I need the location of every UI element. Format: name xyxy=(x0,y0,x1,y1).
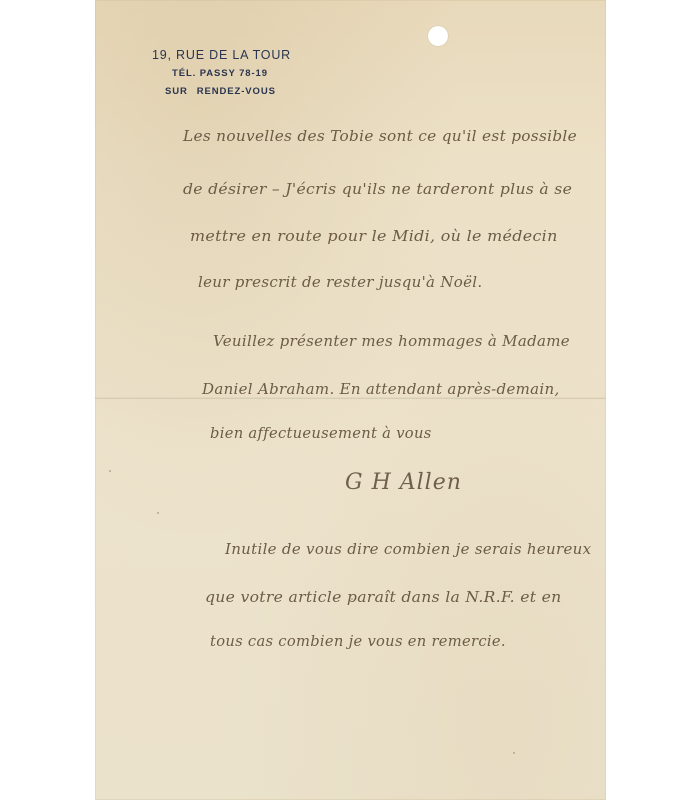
paper-speck xyxy=(513,752,515,754)
handwritten-line: Veuillez présenter mes hommages à Madame xyxy=(213,332,570,350)
letterhead-appointment: SURRENDEZ-VOUS xyxy=(165,85,291,99)
postscript-line: tous cas combien je vous en remercie. xyxy=(210,632,506,650)
handwritten-line: Daniel Abraham. En attendant après-demai… xyxy=(202,380,560,398)
paper-speck xyxy=(157,512,159,514)
signature: G H Allen xyxy=(345,470,462,495)
postscript-line: Inutile de vous dire combien je serais h… xyxy=(225,540,591,558)
handwritten-line: Les nouvelles des Tobie sont ce qu'il es… xyxy=(183,127,577,145)
handwritten-line: leur prescrit de rester jusqu'à Noël. xyxy=(198,273,482,291)
letterhead-phone: TÉL. PASSY 78-19 xyxy=(172,67,291,81)
letterhead-appointment-word1: SUR xyxy=(165,86,188,97)
letterhead-address: 19, RUE DE LA TOUR xyxy=(152,47,291,63)
paper-speck xyxy=(109,470,111,472)
scanned-letter-page: 19, RUE DE LA TOUR TÉL. PASSY 78-19 SURR… xyxy=(0,0,700,800)
letterhead: 19, RUE DE LA TOUR TÉL. PASSY 78-19 SURR… xyxy=(152,47,291,99)
handwritten-line: bien affectueusement à vous xyxy=(210,424,432,442)
postscript-line: que votre article paraît dans la N.R.F. … xyxy=(205,588,562,606)
letter-paper xyxy=(95,0,606,800)
letterhead-appointment-word2: RENDEZ-VOUS xyxy=(197,86,276,97)
handwritten-line: mettre en route pour le Midi, où le méde… xyxy=(190,227,558,245)
handwritten-line: de désirer – J'écris qu'ils ne tarderont… xyxy=(183,180,572,198)
punch-hole xyxy=(428,26,448,46)
